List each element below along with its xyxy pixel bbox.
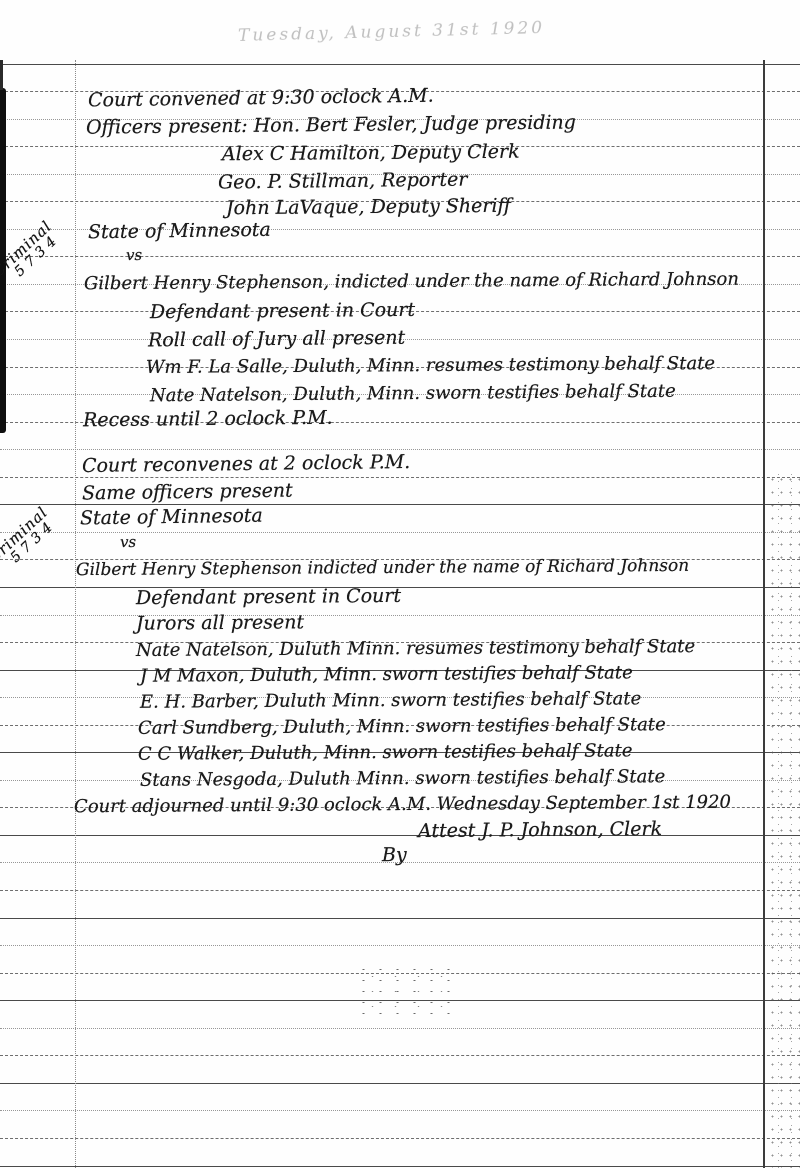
ruled-line	[0, 1166, 800, 1167]
ruled-line	[0, 504, 800, 505]
handwritten-line: Recess until 2 oclock P.M.	[83, 408, 333, 432]
scan-noise-blob	[352, 962, 462, 1020]
handwritten-line: State of Minnesota	[80, 506, 263, 530]
ruled-line	[0, 890, 800, 891]
handwritten-line: Court convened at 9:30 oclock A.M.	[88, 86, 434, 112]
handwritten-line: Gilbert Henry Stephenson indicted under …	[76, 557, 689, 580]
ruled-line	[0, 1028, 800, 1029]
right-margin-line	[763, 60, 765, 1168]
handwritten-line: Same officers present	[82, 481, 293, 505]
ruled-line	[0, 1138, 800, 1139]
handwritten-line: Carl Sundberg, Duluth, Minn. sworn testi…	[138, 715, 666, 738]
ruled-line	[0, 1110, 800, 1111]
handwritten-line: Alex C Hamilton, Deputy Clerk	[222, 142, 520, 165]
ledger-page: Tuesday, August 31st 1920 Criminal 5734 …	[0, 0, 800, 1168]
handwritten-line: Jurors all present	[136, 612, 304, 634]
handwritten-line: Officers present: Hon. Bert Fesler, Judg…	[86, 112, 576, 138]
page-header-date: Tuesday, August 31st 1920	[238, 18, 546, 46]
handwritten-line: Wm F. La Salle, Duluth, Minn. resumes te…	[146, 354, 715, 378]
ruled-line	[0, 449, 800, 450]
handwritten-line: Roll call of Jury all present	[148, 328, 405, 352]
handwritten-line: Stans Nesgoda, Duluth Minn. sworn testif…	[140, 767, 665, 790]
left-margin-line	[75, 60, 76, 1168]
handwritten-line: J M Maxon, Duluth, Minn. sworn testifies…	[140, 663, 633, 686]
scan-noise-right	[766, 470, 800, 1168]
ruled-line	[0, 256, 800, 257]
handwritten-line: Nate Natelson, Duluth, Minn. sworn testi…	[150, 382, 676, 406]
handwritten-line: vs	[126, 247, 142, 264]
ruled-line	[0, 477, 800, 478]
handwritten-line: C C Walker, Duluth, Minn. sworn testifie…	[138, 741, 633, 764]
handwritten-line: John LaVaque, Deputy Sheriff	[226, 196, 511, 219]
scan-edge-artifact-top	[0, 60, 3, 90]
ruled-line	[0, 835, 800, 836]
handwritten-line: Geo. P. Stillman, Reporter	[218, 169, 468, 193]
handwritten-line: E. H. Barber, Duluth Minn. sworn testifi…	[140, 689, 641, 712]
ruled-line	[0, 615, 800, 616]
handwritten-line: By	[382, 845, 407, 866]
handwritten-line: Attest J. P. Johnson, Clerk	[418, 819, 662, 842]
ruled-line	[0, 945, 800, 946]
ruled-line	[0, 1083, 800, 1084]
handwritten-line: Court reconvenes at 2 oclock P.M.	[82, 452, 410, 477]
margin-note-criminal-2: Criminal 5734	[0, 503, 61, 577]
handwritten-line: Defendant present in Court	[136, 586, 401, 609]
handwritten-line: Gilbert Henry Stephenson, indicted under…	[84, 270, 739, 294]
handwritten-line: vs	[120, 534, 136, 551]
handwritten-line: State of Minnesota	[88, 220, 271, 243]
ruled-line	[0, 1055, 800, 1056]
handwritten-line: Nate Natelson, Duluth Minn. resumes test…	[136, 637, 695, 661]
ruled-line	[0, 64, 800, 65]
handwritten-line: Court adjourned until 9:30 oclock A.M. W…	[74, 793, 731, 817]
ruled-line	[0, 918, 800, 919]
handwritten-line: Defendant present in Court	[150, 300, 415, 323]
